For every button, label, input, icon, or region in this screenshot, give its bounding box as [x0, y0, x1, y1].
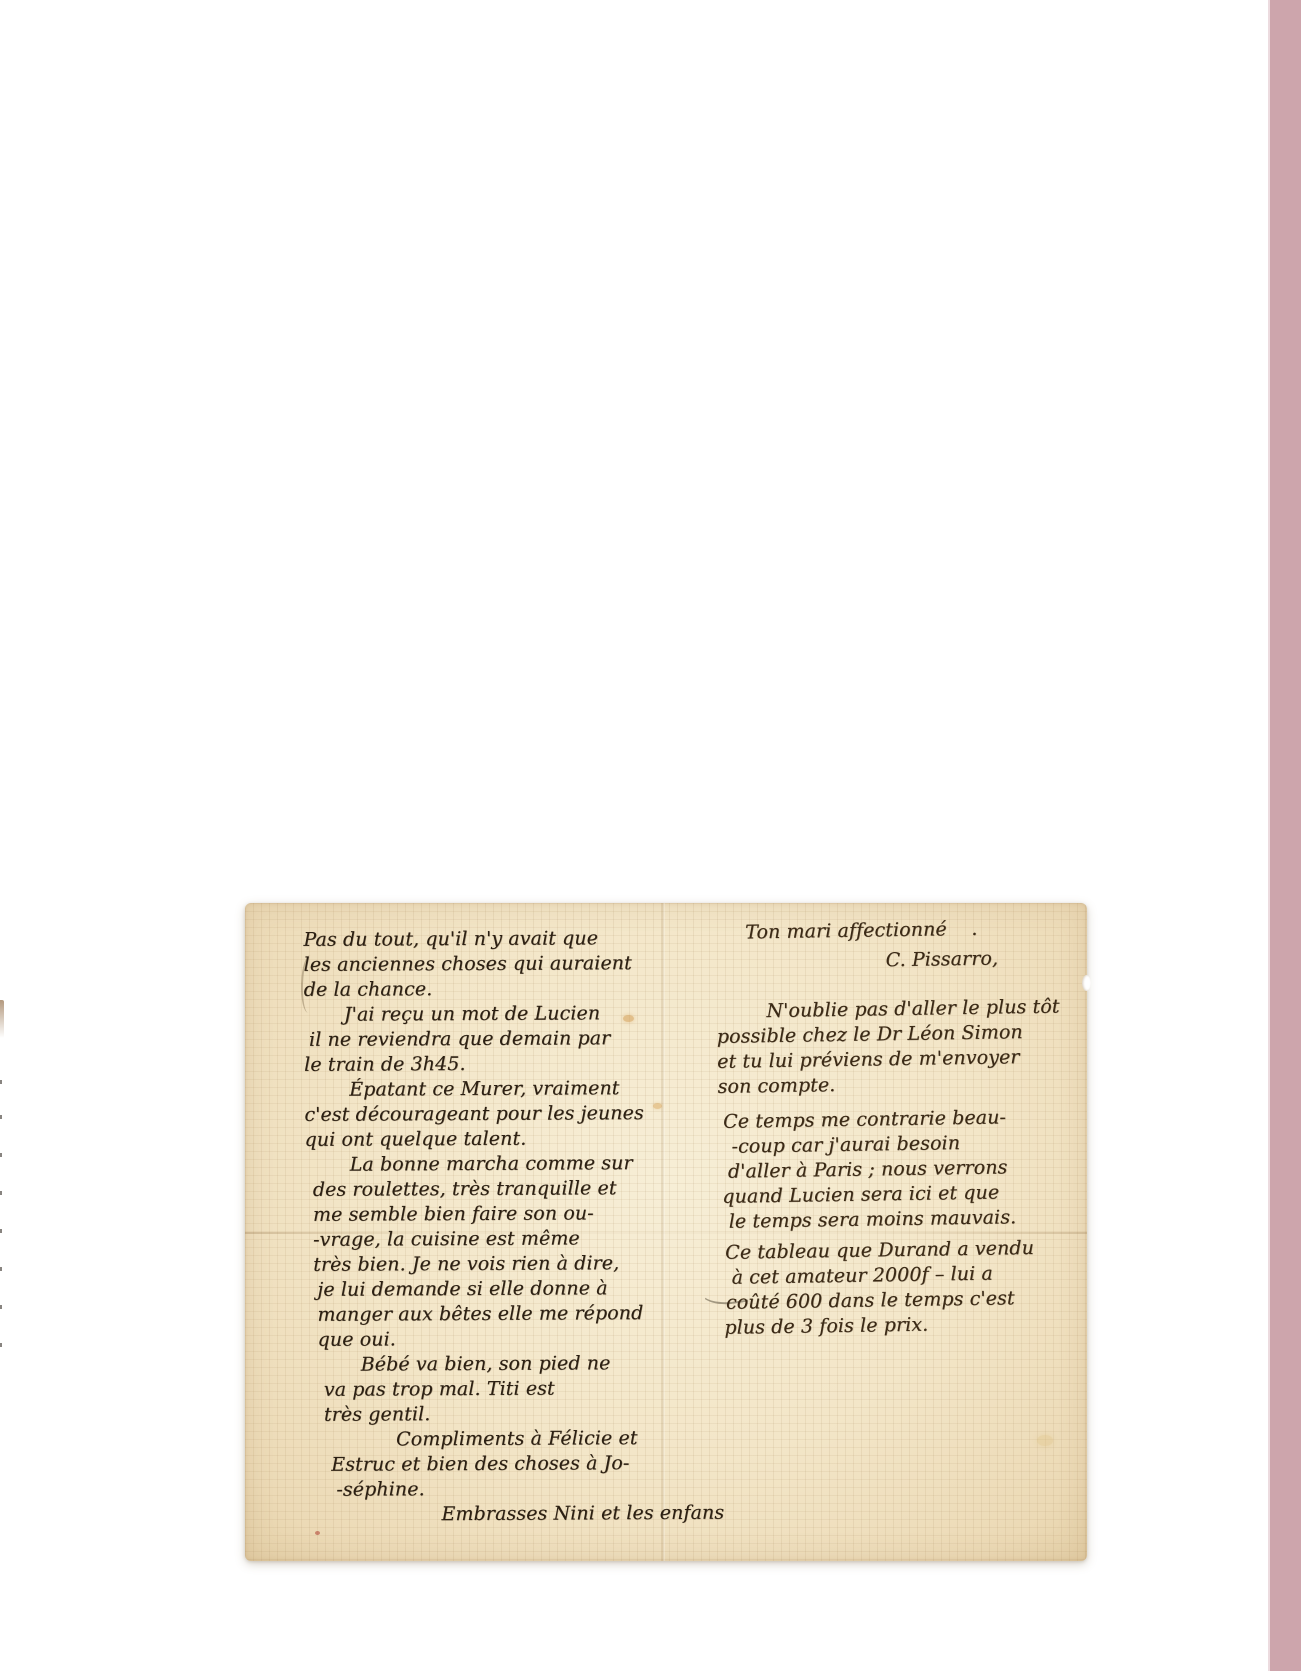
edge-ink-speck	[0, 1229, 2, 1233]
handwriting-line: Épatant ce Murer, vraiment	[304, 1076, 634, 1103]
handwriting-line: Ton mari affectionné .	[710, 916, 1040, 946]
handwriting-line: Ce tableau que Durand a vendu	[715, 1236, 1045, 1266]
handwriting-line: -vrage, la cuisine est même	[305, 1226, 635, 1253]
handwriting-line: le temps sera moins mauvais.	[715, 1205, 1045, 1235]
handwriting-line: -séphine.	[306, 1476, 636, 1503]
torn-edge-notch	[1082, 975, 1091, 991]
handwriting-line: que oui.	[306, 1326, 636, 1353]
handwriting-line: de la chance.	[304, 976, 634, 1003]
handwriting-line: les anciennes choses qui auraient	[304, 951, 634, 978]
handwriting-line: manger aux bêtes elle me répond	[305, 1301, 635, 1328]
edge-ink-speck	[0, 1305, 2, 1309]
letter-left-page-text: Pas du tout, qu'il n'y avait queles anci…	[303, 926, 636, 1528]
handwriting-line: Ce temps me contrarie beau-	[713, 1105, 1043, 1135]
handwriting-line: qui ont quelque talent.	[304, 1126, 634, 1153]
handwriting-line: le train de 3h45.	[304, 1051, 634, 1078]
handwriting-line: La bonne marcha comme sur	[305, 1151, 635, 1178]
handwriting-line: très bien. Je ne vois rien à dire,	[305, 1251, 635, 1278]
page-background: Pas du tout, qu'il n'y avait queles anci…	[0, 0, 1301, 1671]
paper-stain	[653, 1103, 662, 1109]
handwriting-line: Bébé va bien, son pied ne	[306, 1351, 636, 1378]
edge-paper-sliver	[0, 1000, 4, 1038]
handwriting-line: coûté 600 dans le temps c'est	[716, 1286, 1046, 1316]
handwriting-line: me semble bien faire son ou-	[305, 1201, 635, 1228]
handwriting-line: Compliments à Félicie et	[306, 1426, 636, 1453]
under-sheet-edge	[1084, 1399, 1093, 1559]
handwriting-line: plus de 3 fois le prix.	[716, 1311, 1046, 1341]
edge-ink-speck	[0, 1267, 2, 1271]
paper-stain	[1037, 1435, 1053, 1446]
paper-stain	[315, 1531, 320, 1535]
handwriting-line: C. Pissarro,	[710, 946, 1040, 976]
right-margin-color-bar	[1268, 0, 1301, 1671]
handwriting-line: Embrasses Nini et les enfans	[306, 1501, 636, 1528]
handwriting-line: des roulettes, très tranquille et	[305, 1176, 635, 1203]
edge-ink-speck	[0, 1191, 2, 1195]
edge-ink-speck	[0, 1080, 2, 1084]
handwriting-line: J'ai reçu un mot de Lucien	[304, 1001, 634, 1028]
edge-ink-speck	[0, 1343, 2, 1347]
letter-paper: Pas du tout, qu'il n'y avait queles anci…	[245, 903, 1087, 1561]
handwriting-line: et tu lui préviens de m'envoyer	[712, 1045, 1042, 1075]
handwriting-line: va pas trop mal. Titi est	[306, 1376, 636, 1403]
handwriting-line: Estruc et bien des choses à Jo-	[306, 1451, 636, 1478]
handwriting-line: il ne reviendra que demain par	[304, 1026, 634, 1053]
letter-right-page-text: Ton mari affectionné .C. Pissarro,N'oubl…	[710, 916, 1047, 1341]
handwriting-line: Pas du tout, qu'il n'y avait que	[303, 926, 633, 953]
handwriting-line: je lui demande si elle donne à	[305, 1276, 635, 1303]
edge-ink-speck	[0, 1153, 2, 1157]
edge-ink-speck	[0, 1115, 2, 1119]
handwriting-line: son compte.	[712, 1070, 1042, 1100]
handwriting-line: c'est décourageant pour les jeunes	[304, 1101, 634, 1128]
left-page-edge-artifact	[0, 995, 5, 1365]
handwriting-line: très gentil.	[306, 1401, 636, 1428]
